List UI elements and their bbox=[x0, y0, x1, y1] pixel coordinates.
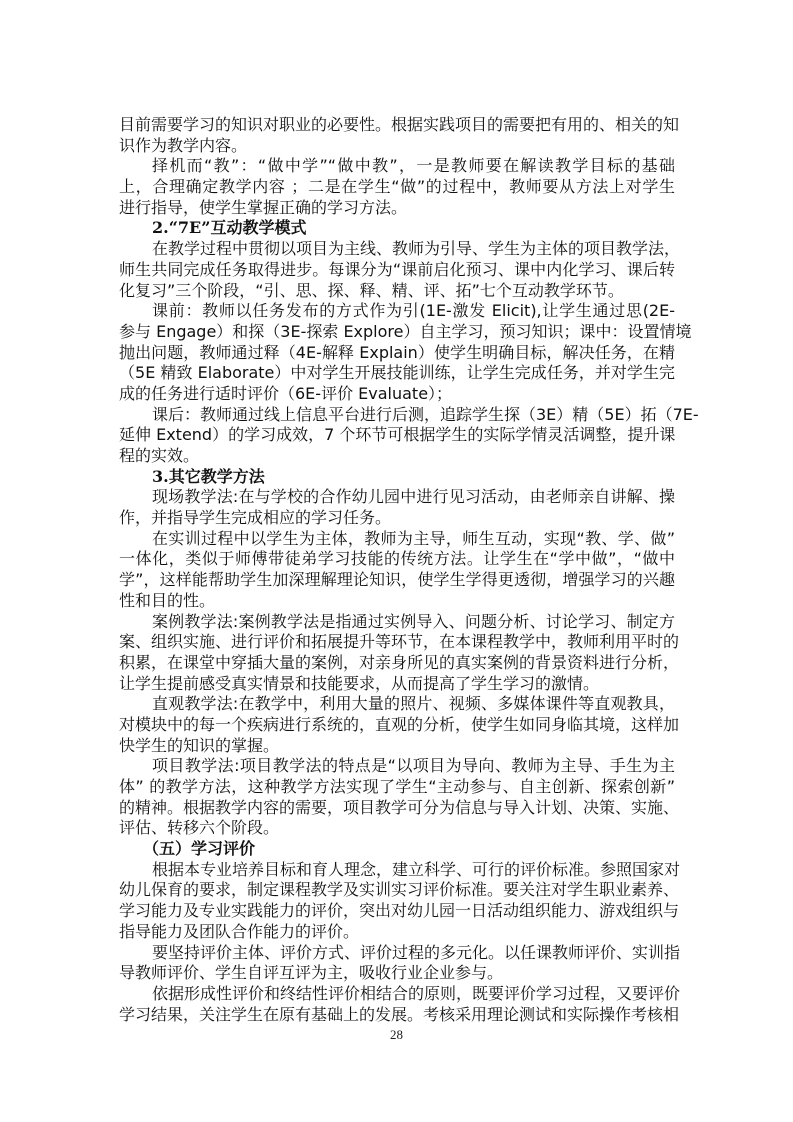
text-line: 让学生提前感受真实情景和技能要求，从而提高了学生学习的激情。 bbox=[119, 674, 675, 695]
text-line: 识作为教学内容。 bbox=[119, 136, 675, 157]
text-line: 学习结果，关注学生在原有基础上的发展。考核采用理论测试和实际操作考核相 bbox=[119, 1005, 675, 1026]
text-line: 课后：教师通过线上信息平台进行后测，追踪学生探（3E）精（5E）拓（7E- bbox=[119, 405, 675, 426]
text-line: 化复习”三个阶段，“引、思、探、释、精、评、拓”七个互动教学环节。 bbox=[119, 281, 675, 302]
text-line: 进行指导，使学生掌握正确的学习方法。 bbox=[119, 198, 675, 219]
text-line: 性和目的性。 bbox=[119, 591, 675, 612]
text-line: 程的实效。 bbox=[119, 446, 675, 467]
text-line: 快学生的知识的掌握。 bbox=[119, 736, 675, 757]
text-line: 择机而“教”：“做中学”“做中教”，一是教师要在解读教学目标的基础 bbox=[119, 156, 675, 177]
text-line: 要坚持评价主体、评价方式、评价过程的多元化。以任课教师评价、实训指 bbox=[119, 943, 675, 964]
text-line: 案、组织实施、进行评价和拓展提升等环节，在本课程教学中，教师利用平时的 bbox=[119, 632, 675, 653]
text-line: 积累，在课堂中穿插大量的案例，对亲身所见的真实案例的背景资料进行分析， bbox=[119, 653, 675, 674]
text-line: 目前需要学习的知识对职业的必要性。根据实践项目的需要把有用的、相关的知 bbox=[119, 115, 675, 136]
document-page: 目前需要学习的知识对职业的必要性。根据实践项目的需要把有用的、相关的知 识作为教… bbox=[119, 115, 675, 1025]
text-line: 幼儿保育的要求，制定课程教学及实训实习评价标准。要关注对学生职业素养、 bbox=[119, 880, 675, 901]
text-line: 项目教学法:项目教学法的特点是“以项目为导向、教师为主导、手生为主 bbox=[119, 756, 675, 777]
text-line: 师生共同完成任务取得进步。每课分为“课前启化预习、课中内化学习、课后转 bbox=[119, 260, 675, 281]
section-heading: 2.“7E”互动教学模式 bbox=[119, 218, 675, 239]
text-line: 指导能力及团队合作能力的评价。 bbox=[119, 922, 675, 943]
text-line: 评估、转移六个阶段。 bbox=[119, 818, 675, 839]
text-line: 现场教学法:在与学校的合作幼儿园中进行见习活动，由老师亲自讲解、操 bbox=[119, 487, 675, 508]
text-line: 体” 的教学方法，这种教学方法实现了学生“主动参与、自主创新、探索创新” bbox=[119, 777, 675, 798]
text-line: 导教师评价、学生自评互评为主，吸收行业企业参与。 bbox=[119, 963, 675, 984]
text-line: 上，合理确定教学内容 ；二是在学生“做”的过程中，教师要从方法上对学生 bbox=[119, 177, 675, 198]
text-line: 抛出问题，教师通过释（4E-解释 Explain）使学生明确目标，解决任务，在精 bbox=[119, 343, 675, 364]
text-line: 根据本专业培养目标和育人理念，建立科学、可行的评价标准。参照国家对 bbox=[119, 860, 675, 881]
page-number: 28 bbox=[0, 1027, 793, 1043]
text-line: 参与 Engage）和探（3E-探索 Explore）自主学习，预习知识；课中：… bbox=[119, 322, 675, 343]
text-line: 案例教学法:案例教学法是指通过实例导入、问题分析、讨论学习、制定方 bbox=[119, 612, 675, 633]
text-line: 作，并指导学生完成相应的学习任务。 bbox=[119, 508, 675, 529]
text-line: 在教学过程中贯彻以项目为主线、教师为引导、学生为主体的项目教学法， bbox=[119, 239, 675, 260]
section-heading: 3.其它教学方法 bbox=[119, 467, 675, 488]
text-line: 一体化，类似于师傅带徒弟学习技能的传统方法。让学生在“学中做”，“做中 bbox=[119, 549, 675, 570]
section-heading: （五）学习评价 bbox=[119, 839, 675, 860]
text-line: 课前：教师以任务发布的方式作为引(1E-激发 Elicit),让学生通过思(2E… bbox=[119, 301, 675, 322]
text-line: 的精神。根据教学内容的需要，项目教学可分为信息与导入计划、决策、实施、 bbox=[119, 798, 675, 819]
text-line: 在实训过程中以学生为主体，教师为主导，师生互动，实现“教、学、做” bbox=[119, 529, 675, 550]
text-line: （5E 精致 Elaborate）中对学生开展技能训练，让学生完成任务，并对学生… bbox=[119, 363, 675, 384]
text-line: 对模块中的每一个疾病进行系统的，直观的分析，使学生如同身临其境，这样加 bbox=[119, 715, 675, 736]
text-line: 直观教学法:在教学中，利用大量的照片、视频、多媒体课件等直观教具， bbox=[119, 694, 675, 715]
text-line: 延伸 Extend）的学习成效，7 个环节可根据学生的实际学情灵活调整，提升课 bbox=[119, 425, 675, 446]
text-line: 依据形成性评价和终结性评价相结合的原则，既要评价学习过程，又要评价 bbox=[119, 984, 675, 1005]
text-line: 学”，这样能帮助学生加深理解理论知识，使学生学得更透彻，增强学习的兴趣 bbox=[119, 570, 675, 591]
text-line: 学习能力及专业实践能力的评价，突出对幼儿园一日活动组织能力、游戏组织与 bbox=[119, 901, 675, 922]
text-line: 成的任务进行适时评价（6E-评价 Evaluate）； bbox=[119, 384, 675, 405]
